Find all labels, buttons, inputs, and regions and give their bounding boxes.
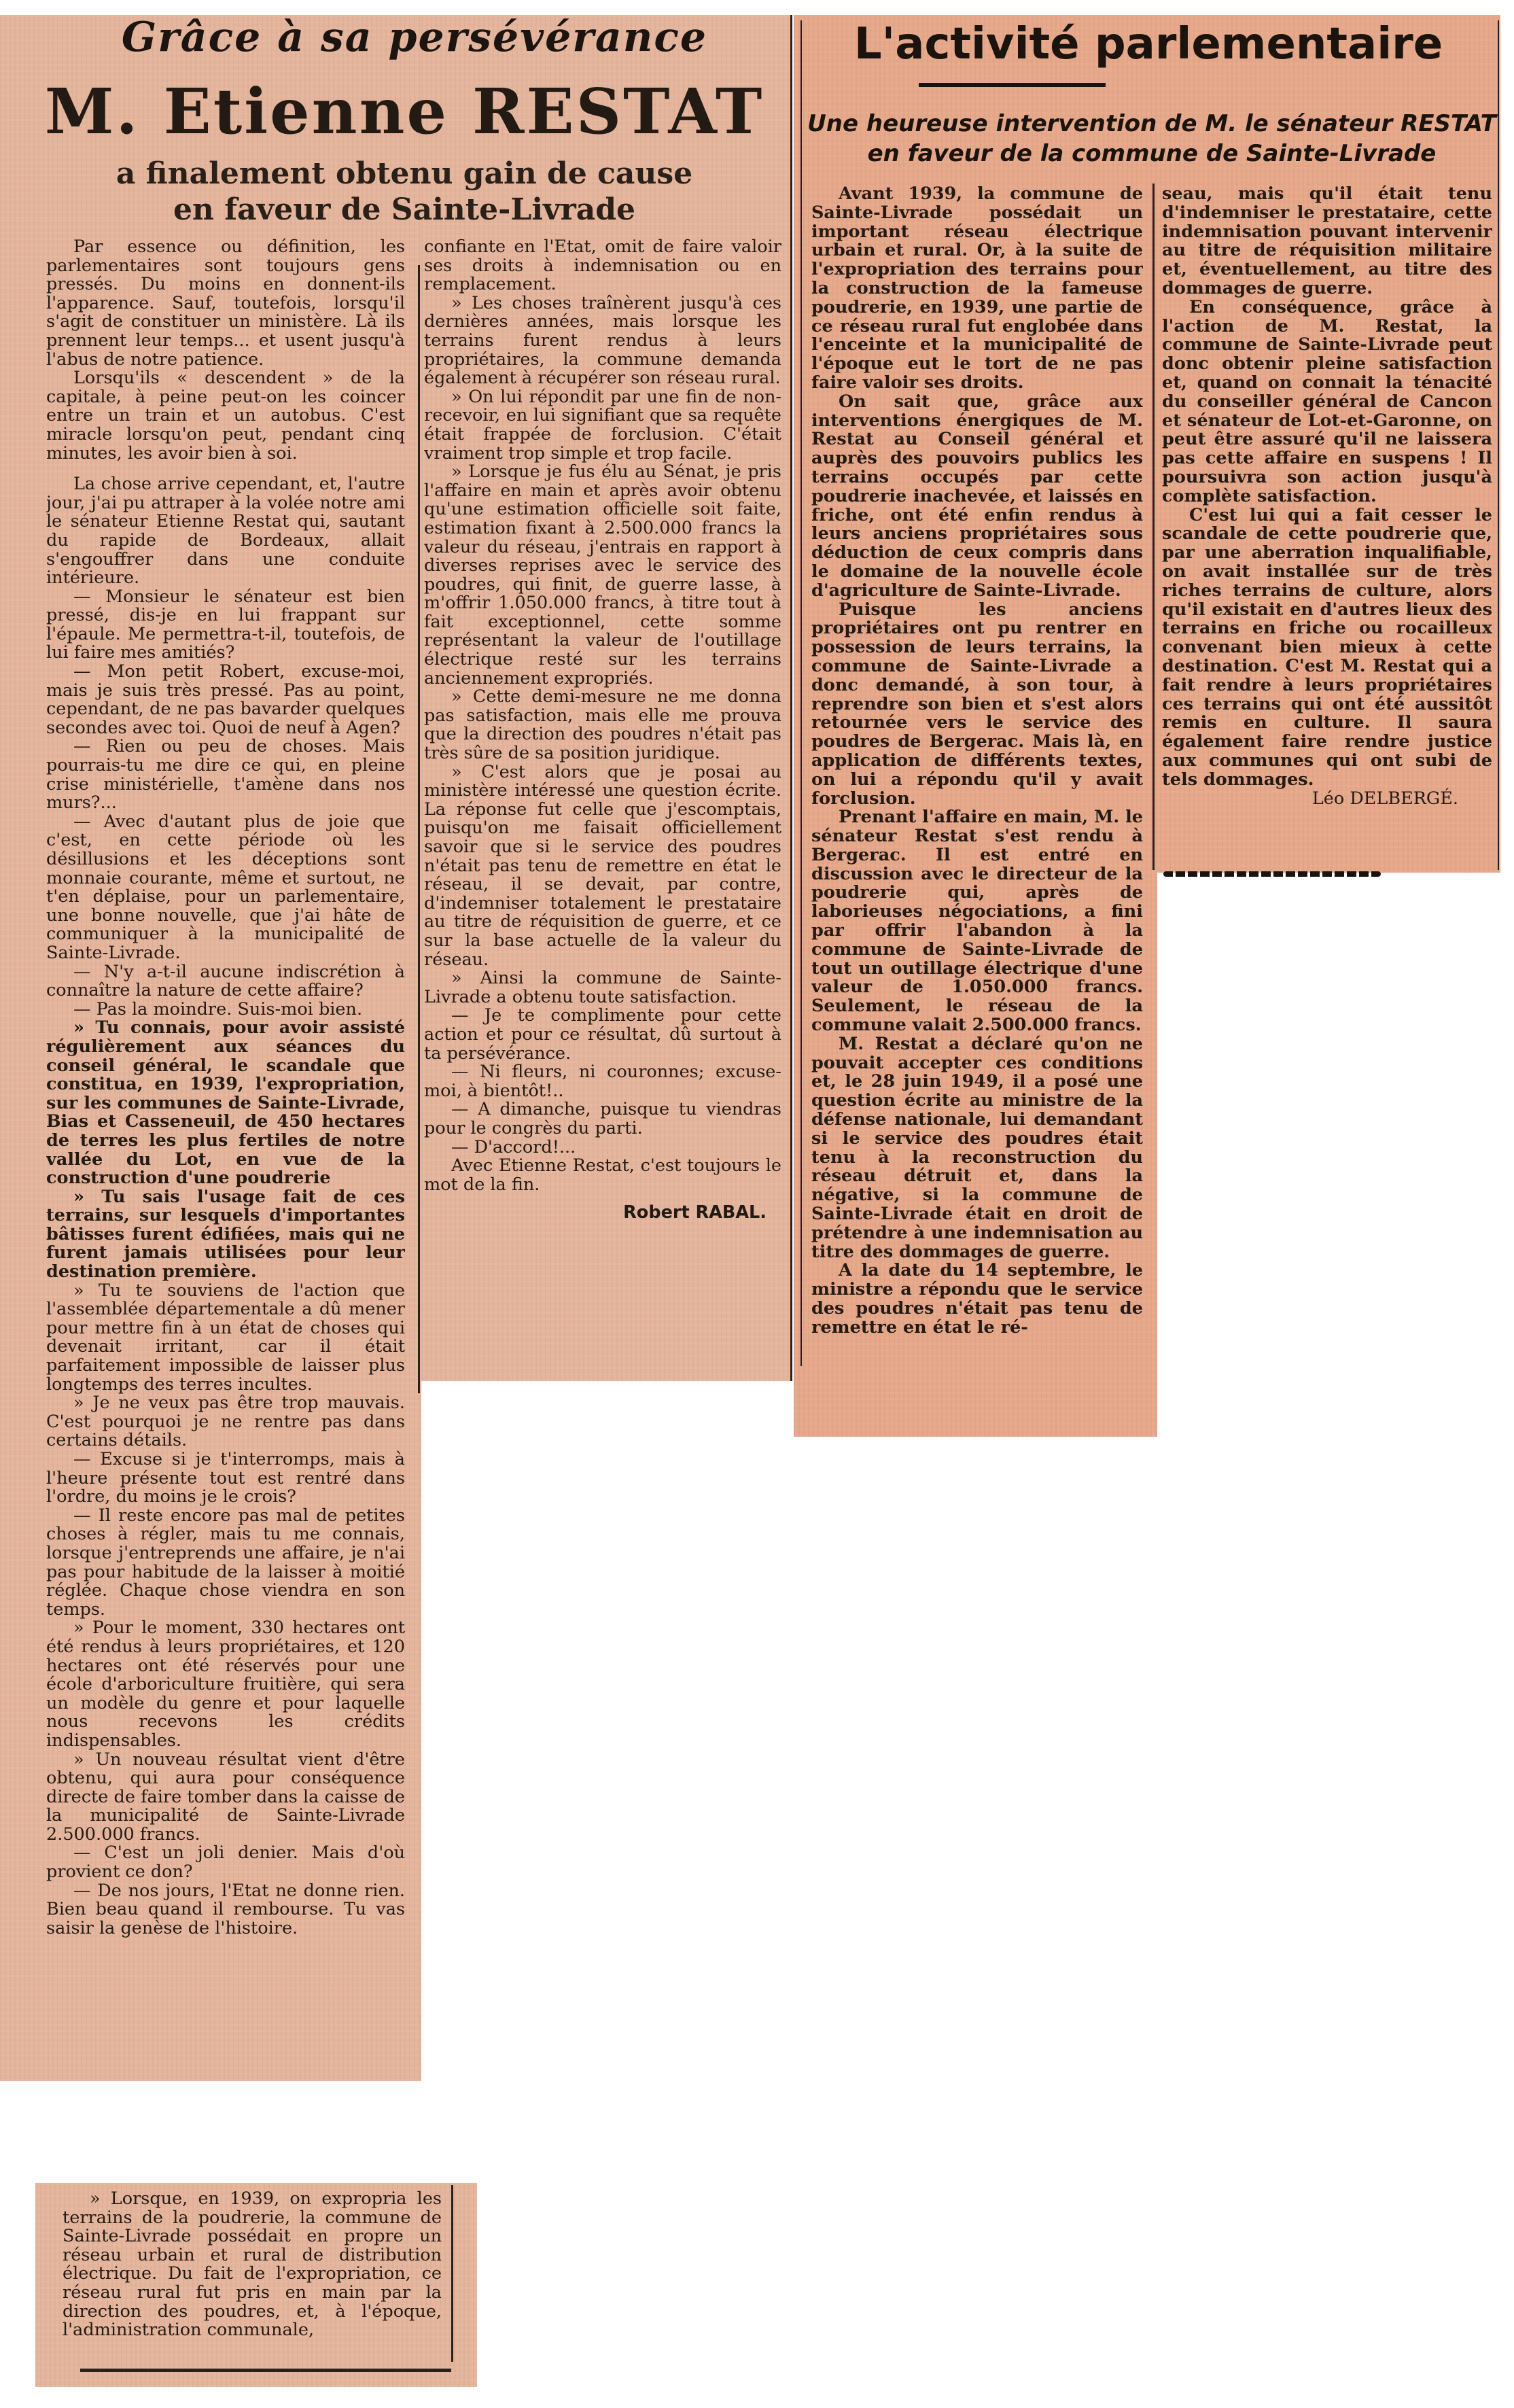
- paragraph: » C'est alors que je posai au ministère …: [424, 763, 781, 970]
- article2-signature: Léo DELBERGÉ.: [1162, 790, 1492, 809]
- paragraph: M. Restat a déclaré qu'on ne pouvait acc…: [811, 1035, 1143, 1262]
- paragraph: seau, mais qu'il était tenu d'indemniser…: [1162, 185, 1492, 298]
- paragraph: » On lui répondit par une fin de non-rec…: [424, 388, 781, 463]
- paragraph: » Tu te souviens de l'action que l'assem…: [46, 1282, 405, 1395]
- paragraph: — Il reste encore pas mal de petites cho…: [46, 1507, 405, 1620]
- article1-kicker: Grâce à sa persévérance: [48, 14, 781, 61]
- paragraph: Par essence ou définition, les parlement…: [46, 238, 405, 369]
- paragraph: La chose arrive cependant, et, l'autre j…: [46, 475, 405, 588]
- paragraph: — Monsieur le sénateur est bien pressé, …: [46, 588, 405, 663]
- article-end-rule: [80, 2369, 451, 2372]
- paragraph: » Ainsi la commune de Sainte-Livrade a o…: [424, 969, 781, 1007]
- article2-title: L'activité parlementaire: [798, 19, 1498, 69]
- article2-column1: Avant 1939, la commune de Sainte-Livrade…: [811, 185, 1143, 1422]
- paragraph: — Pas la moindre. Suis-moi bien.: [46, 1000, 405, 1019]
- paragraph: » Un nouveau résultat vient d'être obten…: [46, 1751, 405, 1845]
- article1-column2: confiante en l'Etat, omit de faire valoi…: [424, 238, 781, 1380]
- article1-column1-tail: » Lorsque, en 1939, on expropria les ter…: [63, 2190, 442, 2360]
- article1-subtitle-2: en faveur de Sainte-Livrade: [27, 192, 781, 227]
- column-rule: [418, 265, 420, 1393]
- column-rule: [451, 2185, 453, 2362]
- paragraph: Avec Etienne Restat, c'est toujours le m…: [424, 1157, 781, 1194]
- paragraph: C'est lui qui a fait cesser le scandale …: [1162, 506, 1492, 790]
- paragraph: » Je ne veux pas être trop mauvais. C'es…: [46, 1394, 405, 1450]
- column-rule: [800, 20, 802, 1366]
- paragraph: » Lorsque, en 1939, on expropria les ter…: [63, 2190, 442, 2340]
- article2-deck-line1: Une heureuse intervention de M. le sénat…: [805, 109, 1498, 139]
- paragraph: — Avec d'autant plus de joie que c'est, …: [46, 813, 405, 963]
- paragraph: — Rien ou peu de choses. Mais pourrais-t…: [46, 737, 405, 812]
- paragraph: En conséquence, grâce à l'action de M. R…: [1162, 298, 1492, 506]
- paragraph: — C'est un joli denier. Mais d'où provie…: [46, 1844, 405, 1881]
- article-end-ornament: [1163, 871, 1381, 877]
- article2-deck-line2: en faveur de la commune de Sainte-Livrad…: [805, 139, 1498, 169]
- paragraph: Prenant l'affaire en main, M. le sénateu…: [811, 808, 1143, 1035]
- paragraph: » Tu connais, pour avoir assisté réguliè…: [46, 1019, 405, 1187]
- paragraph: — Mon petit Robert, excuse-moi, mais je …: [46, 663, 405, 737]
- paragraph: » Lorsque je fus élu au Sénat, je pris l…: [424, 463, 781, 688]
- paragraph: On sait que, grâce aux interventions éne…: [811, 393, 1143, 601]
- paragraph: confiante en l'Etat, omit de faire valoi…: [424, 238, 781, 294]
- paragraph: » Les choses traînèrent jusqu'à ces dern…: [424, 294, 781, 388]
- paragraph: — A dimanche, puisque tu viendras pour l…: [424, 1100, 781, 1138]
- article2-column2: seau, mais qu'il était tenu d'indemniser…: [1162, 185, 1492, 865]
- paragraph: » Cette demi-mesure ne me donna pas sati…: [424, 688, 781, 763]
- paragraph: — D'accord!...: [424, 1138, 781, 1157]
- paragraph: — Excuse si je t'interromps, mais à l'he…: [46, 1450, 405, 1507]
- paragraph: Lorsqu'ils « descendent » de la capitale…: [46, 369, 405, 463]
- paragraph: » Tu sais l'usage fait de ces terrains, …: [46, 1188, 405, 1282]
- column-rule: [790, 15, 792, 1381]
- paragraph: — N'y a-t-il aucune indiscrétion à conna…: [46, 963, 405, 1000]
- column-rule: [1152, 184, 1155, 870]
- paragraph: — Je te complimente pour cette action et…: [424, 1007, 781, 1063]
- title-underline: [919, 83, 1106, 87]
- paragraph: » Pour le moment, 330 hectares ont été r…: [46, 1619, 405, 1750]
- paragraph: A la date du 14 septembre, le ministre a…: [811, 1261, 1143, 1337]
- paragraph: Puisque les anciens propriétaires ont pu…: [811, 601, 1143, 809]
- paragraph: Avant 1939, la commune de Sainte-Livrade…: [811, 185, 1143, 393]
- article1-title: M. Etienne RESTAT: [27, 75, 781, 148]
- article1-signature: Robert RABAL.: [424, 1204, 781, 1223]
- article1-subtitle-1: a finalement obtenu gain de cause: [27, 156, 781, 191]
- article1-column1: Par essence ou définition, les parlement…: [46, 238, 405, 2059]
- paragraph: — Ni fleurs, ni couronnes; excuse-moi, à…: [424, 1063, 781, 1100]
- paragraph: — De nos jours, l'Etat ne donne rien. Bi…: [46, 1882, 405, 1938]
- article2-deck: Une heureuse intervention de M. le sénat…: [805, 109, 1498, 169]
